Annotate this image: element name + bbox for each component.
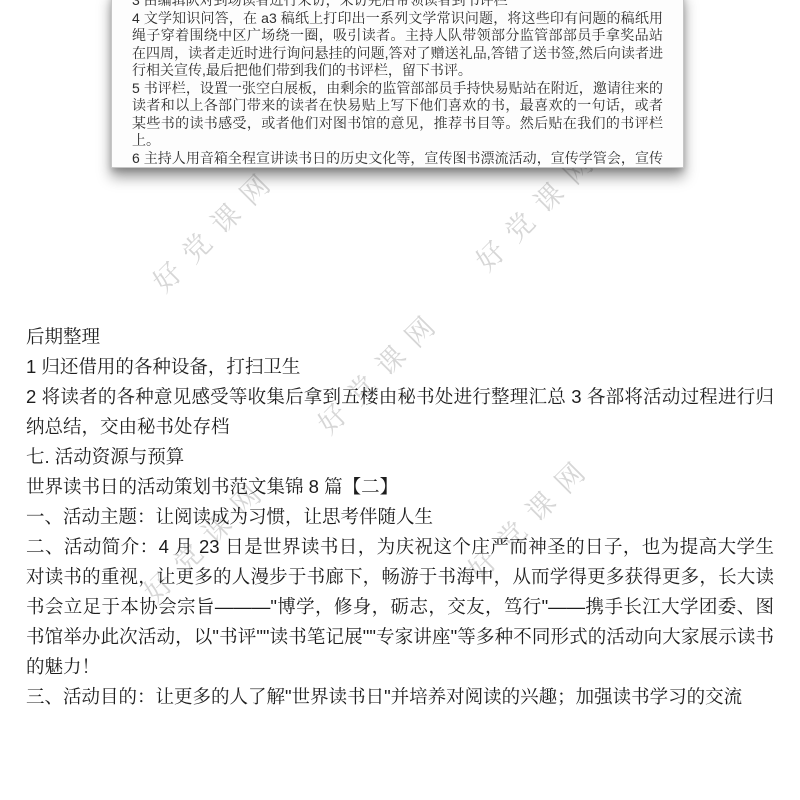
- watermark-text: 好党课网: [143, 156, 287, 300]
- line-collect-feedback: 2 将读者的各种意见感受等收集后拿到五楼由秘书处进行整理汇总 3 各部将活动过程…: [26, 382, 774, 442]
- line-post-arrangement-title: 后期整理: [26, 322, 774, 352]
- paragraph-activity-intro: 二、活动简介：4 月 23 日是世界读书日，为庆祝这个庄严而神圣的日子，也为提高…: [26, 532, 774, 682]
- sheet-paragraph-item3: 3 由编辑队对到场读者进行采访，采访完后带领读者到书评栏: [132, 0, 663, 10]
- document-body: 后期整理 1 归还借用的各种设备，打扫卫生 2 将读者的各种意见感受等收集后拿到…: [26, 322, 774, 712]
- line-activity-theme: 一、活动主题：让阅读成为习惯，让思考伴随人生: [26, 502, 774, 532]
- sheet-paragraph-item5: 5 书评栏，设置一张空白展板，由剩余的监管部部员手持快易贴站在附近，邀请往来的读…: [132, 80, 663, 150]
- line-return-equipment: 1 归还借用的各种设备，打扫卫生: [26, 352, 774, 382]
- sheet-paragraph-item4: 4 文学知识问答，在 a3 稿纸上打印出一系列文学常识问题，将这些印有问题的稿纸…: [132, 10, 663, 80]
- document-preview-canvas: 好党课网好党课网好党课网好党课网好党课网 3 由编辑队对到场读者进行采访，采访完…: [0, 0, 800, 800]
- line-section-seven-resources-budget: 七. 活动资源与预算: [26, 442, 774, 472]
- heading-collection-part-two: 世界读书日的活动策划书范文集锦 8 篇【二】: [26, 472, 774, 502]
- line-activity-purpose: 三、活动目的：让更多的人了解"世界读书日"并培养对阅读的兴趣；加强读书学习的交流: [26, 682, 774, 712]
- previous-page-sheet: 3 由编辑队对到场读者进行采访，采访完后带领读者到书评栏 4 文学知识问答，在 …: [111, 0, 684, 168]
- sheet-paragraph-item6: 6 主持人用音箱全程宣讲读书日的历史文化等，宣传图书漂流活动，宣传学管会，宣传稿…: [132, 150, 663, 169]
